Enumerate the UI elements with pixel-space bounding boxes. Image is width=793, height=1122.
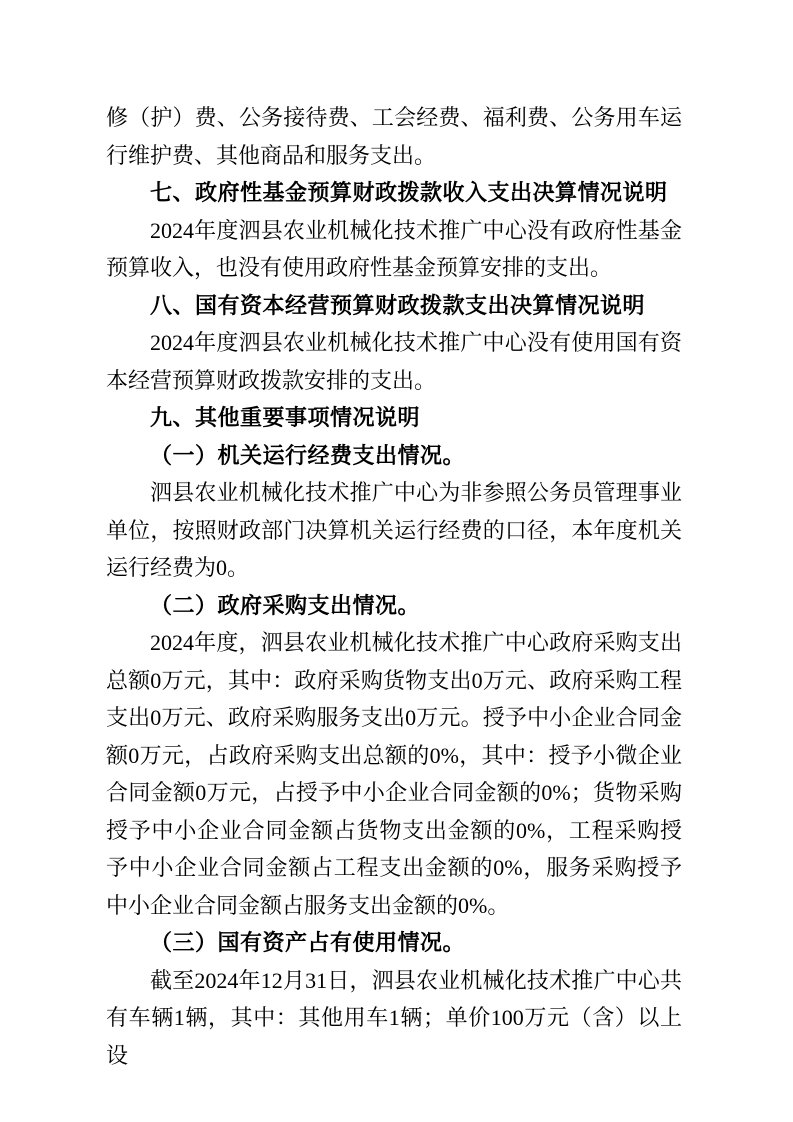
heading-section: 九、其他重要事项情况说明 <box>106 399 682 437</box>
paragraph: 泗县农业机械化技术推广中心为非参照公务员管理事业单位，按照财政部门决算机关运行经… <box>106 474 682 587</box>
paragraph: 2024年度泗县农业机械化技术推广中心没有政府性基金预算收入，也没有使用政府性基… <box>106 212 682 287</box>
heading-sub: （二）政府采购支出情况。 <box>106 587 682 625</box>
paragraph-continuation: 修（护）费、公务接待费、工会经费、福利费、公务用车运行维护费、其他商品和服务支出… <box>106 99 682 174</box>
heading-section: 七、政府性基金预算财政拨款收入支出决算情况说明 <box>106 174 682 212</box>
document-body: 修（护）费、公务接待费、工会经费、福利费、公务用车运行维护费、其他商品和服务支出… <box>106 99 682 1074</box>
paragraph: 2024年度，泗县农业机械化技术推广中心政府采购支出总额0万元，其中：政府采购货… <box>106 624 682 924</box>
heading-sub: （一）机关运行经费支出情况。 <box>106 437 682 475</box>
paragraph: 2024年度泗县农业机械化技术推广中心没有使用国有资本经营预算财政拨款安排的支出… <box>106 324 682 399</box>
paragraph: 截至2024年12月31日，泗县农业机械化技术推广中心共有车辆1辆，其中：其他用… <box>106 962 682 1075</box>
document-page: 修（护）费、公务接待费、工会经费、福利费、公务用车运行维护费、其他商品和服务支出… <box>0 0 793 1122</box>
heading-section: 八、国有资本经营预算财政拨款支出决算情况说明 <box>106 287 682 325</box>
heading-sub: （三）国有资产占有使用情况。 <box>106 924 682 962</box>
